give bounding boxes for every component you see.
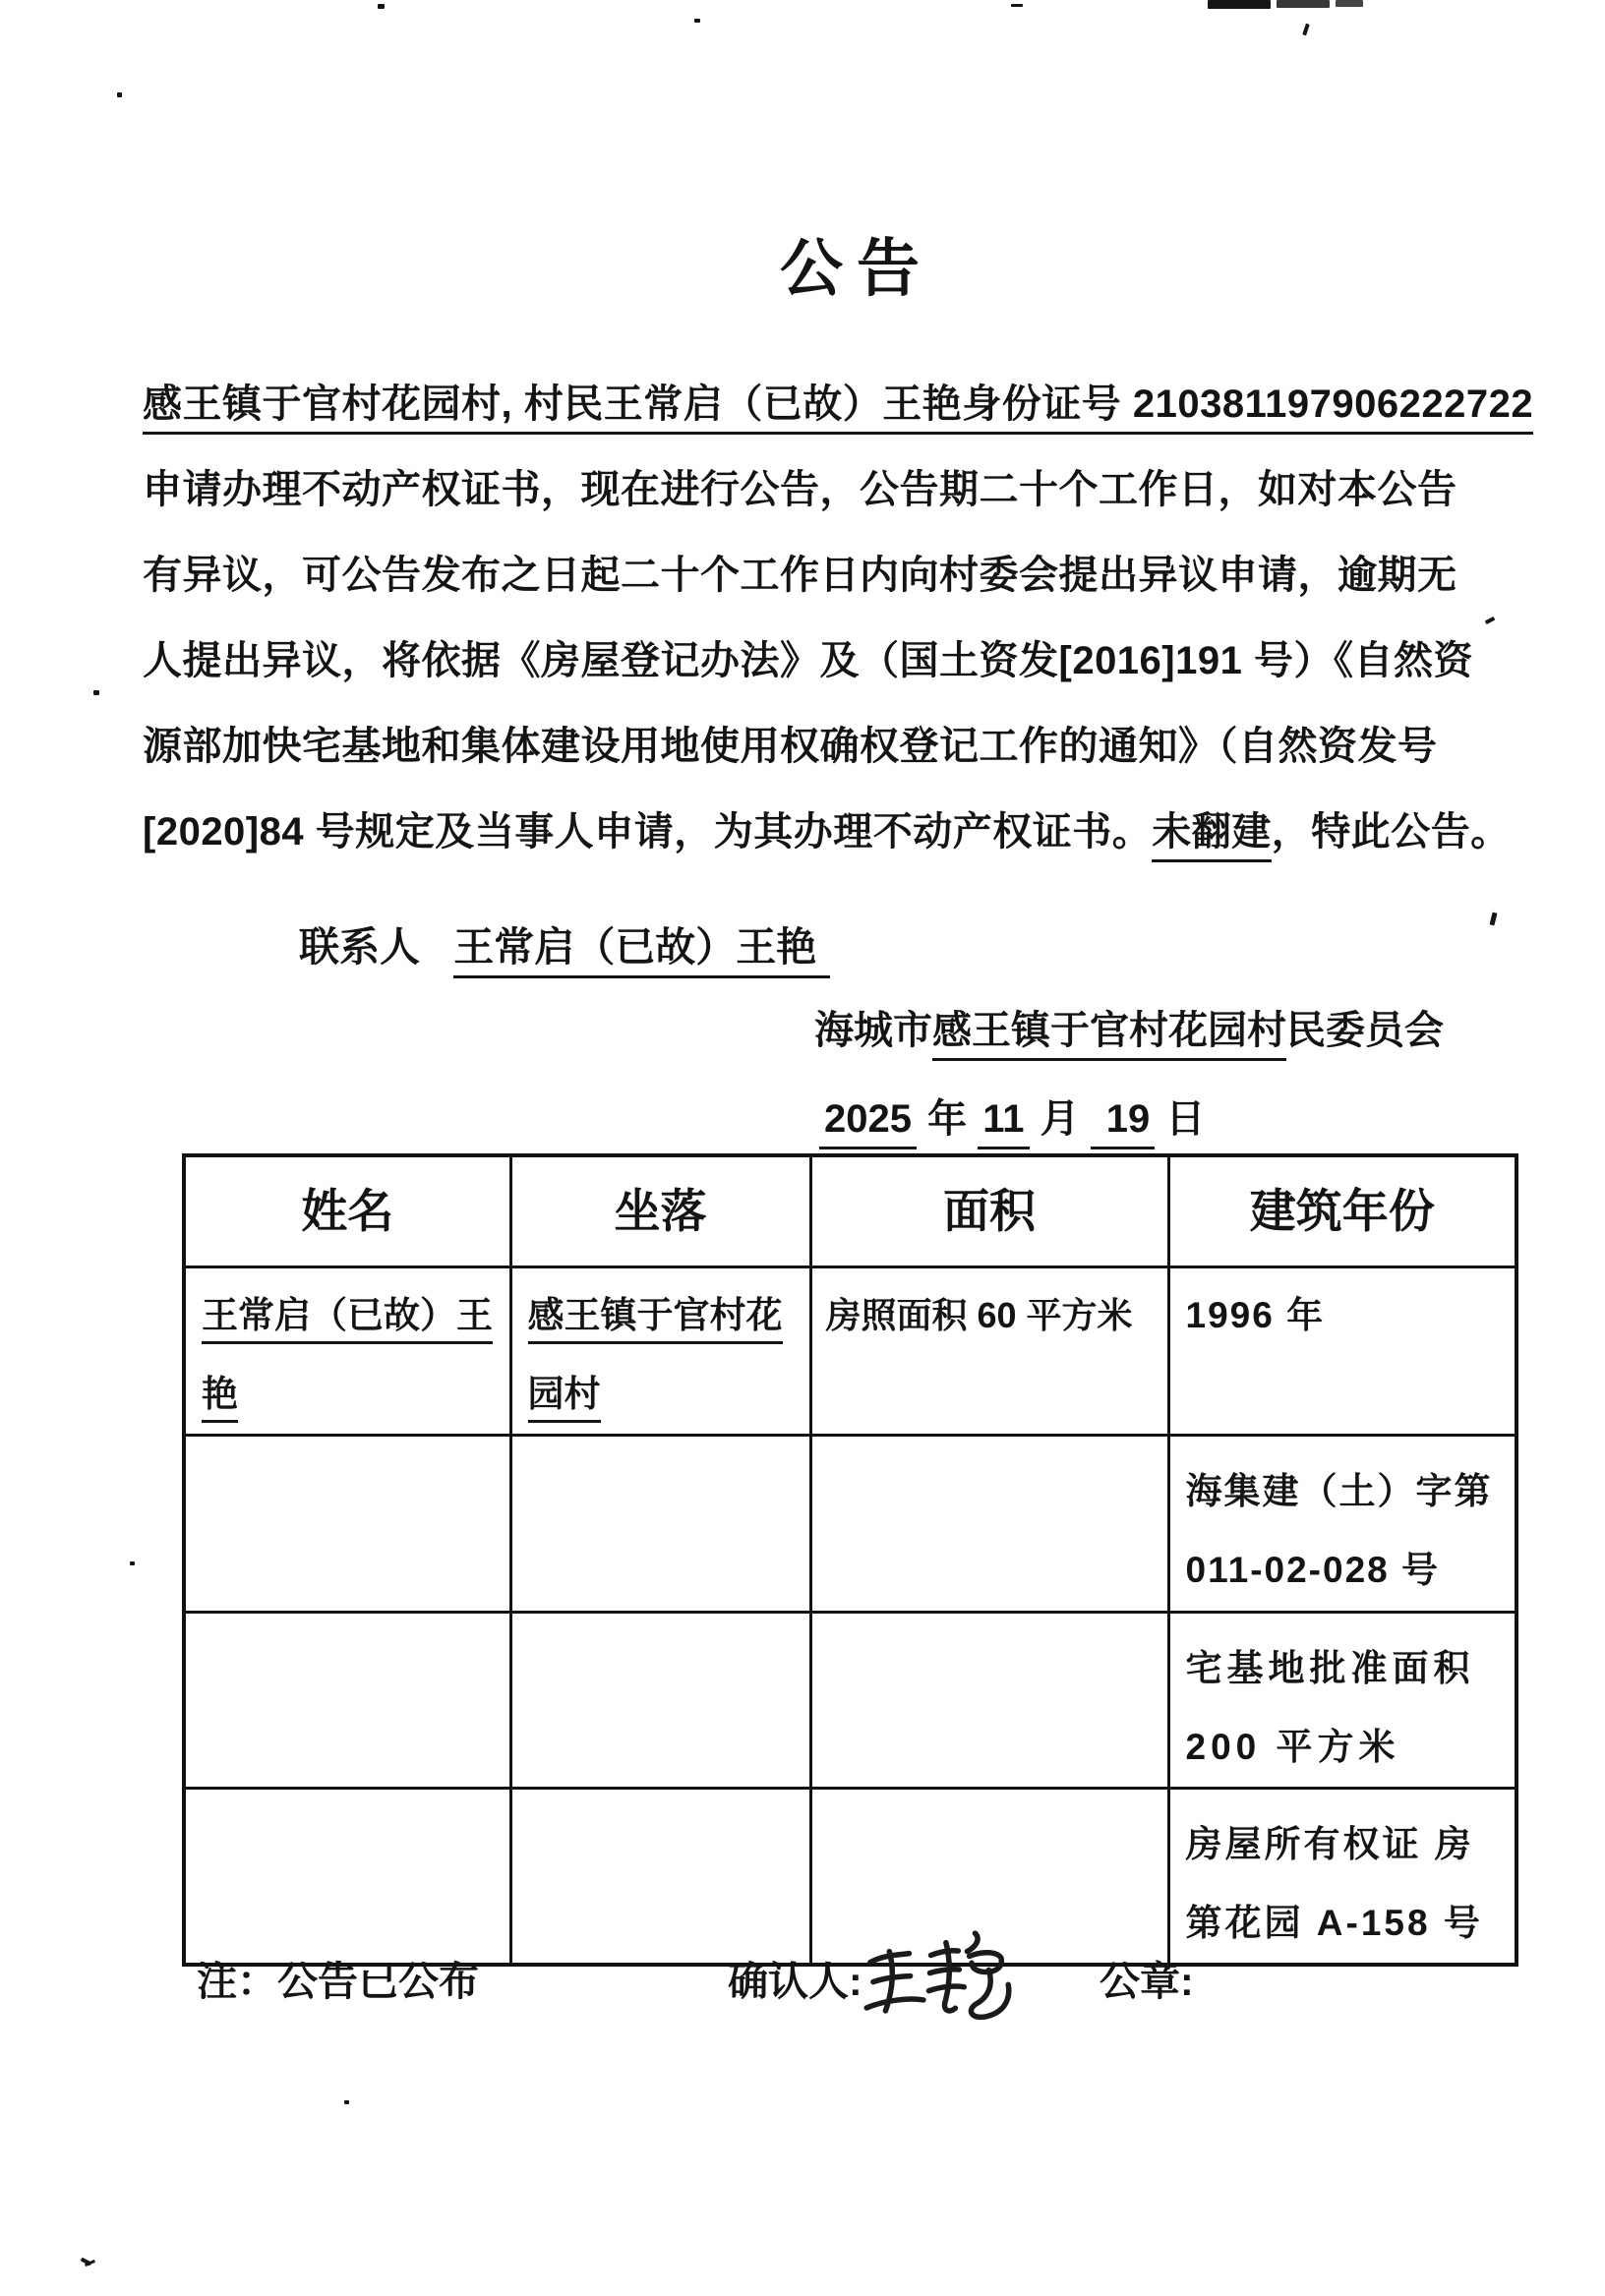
date-day-unit: 日: [1165, 1097, 1205, 1141]
header-year: 建筑年份: [1168, 1155, 1516, 1266]
table-header-row: 姓名 坐落 面积 建筑年份: [184, 1155, 1516, 1266]
committee-suffix: 民委员会: [1286, 1009, 1444, 1052]
underlined-not-rebuilt: 未翻建: [1152, 810, 1272, 862]
committee-prefix: 海城市: [814, 1009, 932, 1052]
page-title: 公告: [780, 218, 933, 309]
scanned-notice-document: 公告 感王镇于官村花园村, 村民王常启（已故）王艳身份证号 2103811979…: [0, 0, 1605, 2296]
cell-ownership-cert: 房屋所有权证 房第花园 A-158 号: [1168, 1788, 1516, 1965]
cell-cert-number: 海集建（土）字第 011-02-028 号: [1168, 1435, 1516, 1612]
date-year-unit: 年: [927, 1097, 967, 1141]
property-table: 姓名 坐落 面积 建筑年份 王常启（已故）王艳 感王镇于官村花园村 房照面积 6…: [182, 1153, 1518, 1967]
table-row: 王常启（已故）王艳 感王镇于官村花园村 房照面积 60 平方米 1996 年: [184, 1266, 1516, 1435]
underlined-applicant-info: 感王镇于官村花园村, 村民王常启（已故）王艳身份证号 2103811979062…: [143, 383, 1533, 435]
scan-artifact: [93, 690, 99, 695]
table-row: 房屋所有权证 房第花园 A-158 号: [184, 1788, 1516, 1965]
table-row: 海集建（土）字第 011-02-028 号: [184, 1435, 1516, 1612]
cell-name: 王常启（已故）王艳: [184, 1266, 510, 1435]
body-line-6-post: ，特此公告。: [1272, 810, 1511, 854]
scan-artifact: [1208, 0, 1271, 9]
date-year: 2025: [819, 1097, 917, 1149]
scan-artifact: [1277, 0, 1330, 8]
contact-line: 联系人 王常启（已故）王艳: [299, 905, 830, 990]
scan-artifact: [1302, 24, 1310, 36]
date-line: 2025 年 11 月 19 日: [819, 1077, 1205, 1162]
date-day: 19: [1091, 1097, 1156, 1149]
body-line-6: [2020]84 号规定及当事人申请，为其办理不动产权证书。未翻建，特此公告。: [143, 790, 1500, 875]
seal-label: 公章:: [1100, 1957, 1194, 2006]
date-month: 11: [978, 1097, 1029, 1149]
confirm-label: 确认人:: [728, 1957, 862, 2006]
cell-name-underlined: 王常启（已故）王艳: [202, 1295, 493, 1423]
cell-year: 1996 年: [1168, 1266, 1516, 1435]
body-line-5: 源部加快宅基地和集体建设用地使用权确权登记工作的通知》（自然资发号: [143, 704, 1500, 790]
footer-note: 注：公告已公布: [197, 1957, 479, 2006]
cell-location: [510, 1612, 810, 1788]
contact-name: 王常启（已故）王艳: [453, 924, 830, 978]
cell-area: [810, 1435, 1168, 1612]
header-area: 面积: [810, 1155, 1168, 1266]
scan-artifact: [694, 19, 700, 23]
body-line-4: 人提出异议，将依据《房屋登记办法》及（国土资发[2016]191 号）《自然资: [143, 618, 1500, 704]
scan-artifact: [1490, 913, 1498, 926]
contact-label: 联系人: [299, 924, 420, 970]
scan-artifact: [1011, 4, 1023, 7]
body-line-6-pre: [2020]84 号规定及当事人申请，为其办理不动产权证书。: [143, 810, 1152, 854]
scan-artifact: [378, 4, 385, 9]
cell-area: [810, 1612, 1168, 1788]
committee-line: 海城市感王镇于官村花园村民委员会: [814, 988, 1444, 1074]
signature-strokes: [863, 1931, 1011, 2023]
notice-body: 感王镇于官村花园村, 村民王常启（已故）王艳身份证号 2103811979062…: [143, 362, 1500, 875]
signature-handwriting: [860, 1925, 1021, 2039]
body-line-1: 感王镇于官村花园村, 村民王常启（已故）王艳身份证号 2103811979062…: [143, 362, 1500, 447]
cell-area: 房照面积 60 平方米: [810, 1266, 1168, 1435]
scan-artifact: [1336, 0, 1363, 7]
date-month-unit: 月: [1040, 1097, 1080, 1141]
cell-location: [510, 1788, 810, 1965]
header-location: 坐落: [510, 1155, 810, 1266]
cell-location: 感王镇于官村花园村: [510, 1266, 810, 1435]
header-name: 姓名: [184, 1155, 510, 1266]
cell-location-underlined: 感王镇于官村花园村: [528, 1295, 783, 1423]
scan-artifact: [344, 2100, 349, 2104]
cell-location: [510, 1435, 810, 1612]
body-line-3: 有异议，可公告发布之日起二十个工作日内向村委会提出异议申请，逾期无: [143, 533, 1500, 618]
cell-name: [184, 1612, 510, 1788]
scan-artifact: [130, 1561, 135, 1565]
cell-name: [184, 1788, 510, 1965]
cell-name: [184, 1435, 510, 1612]
body-line-2: 申请办理不动产权证书，现在进行公告，公告期二十个工作日，如对本公告: [143, 447, 1500, 533]
table-row: 宅基地批准面积 200 平方米: [184, 1612, 1516, 1788]
committee-underlined-village: 感王镇于官村花园村: [932, 1009, 1286, 1061]
cell-approved-area: 宅基地批准面积 200 平方米: [1168, 1612, 1516, 1788]
scan-artifact: [117, 92, 122, 97]
